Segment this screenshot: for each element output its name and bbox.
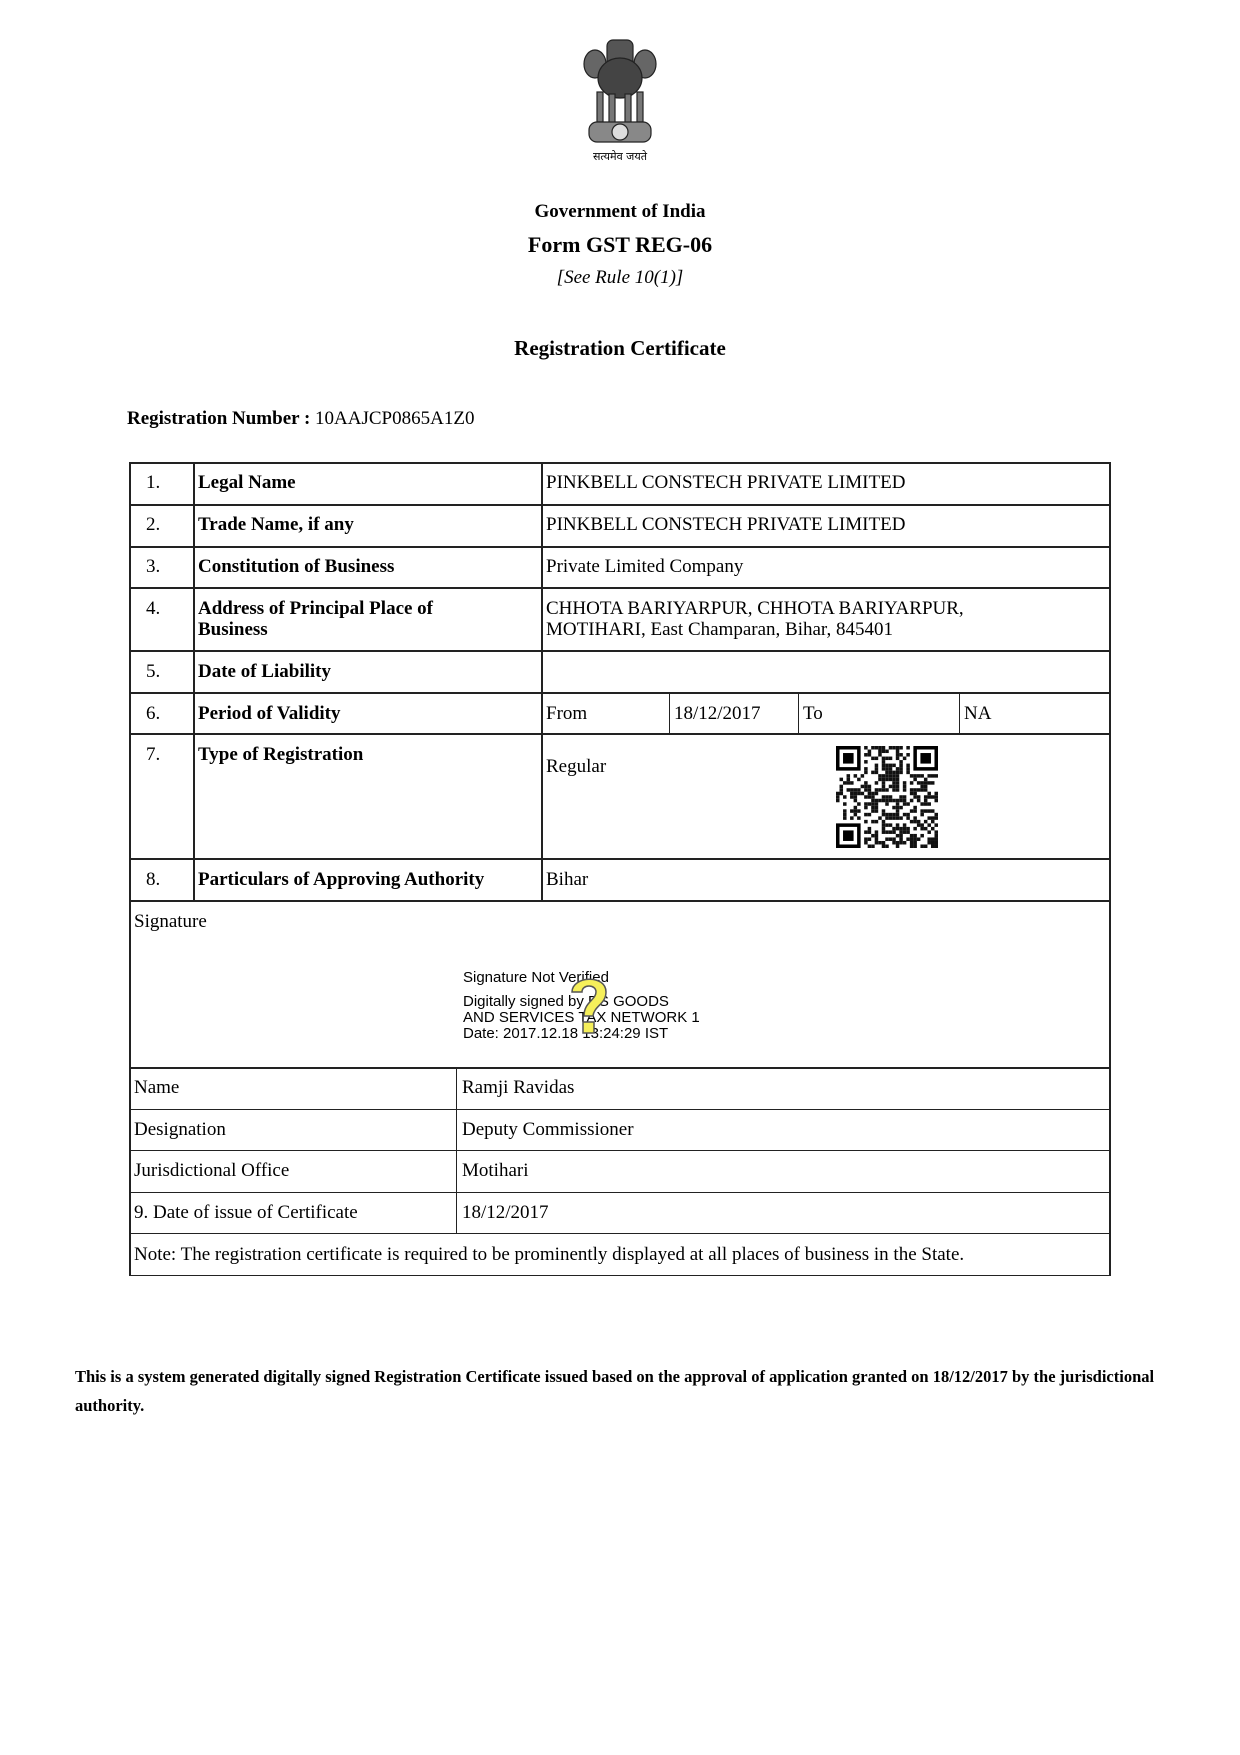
- period-of-validity-label: Period of Validity: [198, 703, 341, 724]
- question-mark-icon[interactable]: [566, 972, 612, 1042]
- national-motto: सत्यमेव जयते: [560, 149, 680, 164]
- row-number: 3.: [146, 556, 160, 577]
- type-of-registration-label: Type of Registration: [198, 744, 363, 765]
- legal-name-value: PINKBELL CONSTECH PRIVATE LIMITED: [546, 472, 905, 493]
- row-number: 8.: [146, 869, 160, 890]
- jurisdictional-office-value: Motihari: [462, 1160, 529, 1181]
- row-number: 5.: [146, 661, 160, 682]
- government-title: Government of India: [0, 201, 1240, 223]
- officer-name-value: Ramji Ravidas: [462, 1077, 574, 1098]
- table-border: [1109, 462, 1111, 1276]
- row-number: 6.: [146, 703, 160, 724]
- table-border: [129, 462, 1111, 464]
- constitution-value: Private Limited Company: [546, 556, 743, 577]
- registration-number-value: 10AAJCP0865A1Z0: [315, 408, 474, 429]
- address-value-line2: MOTIHARI, East Champaran, Bihar, 845401: [546, 619, 893, 640]
- row-divider: [129, 587, 1111, 589]
- row-number: 2.: [146, 514, 160, 535]
- qr-code-icon: [836, 746, 938, 848]
- column-divider: [669, 692, 670, 733]
- ashoka-emblem-icon: [583, 38, 657, 146]
- column-divider: [798, 692, 799, 733]
- legal-name-label: Legal Name: [198, 472, 296, 493]
- column-divider: [959, 692, 960, 733]
- officer-name-label: Name: [134, 1077, 179, 1098]
- certificate-title: Registration Certificate: [0, 336, 1240, 361]
- jurisdictional-office-label: Jurisdictional Office: [134, 1160, 289, 1181]
- validity-to-label: To: [803, 703, 823, 724]
- approving-authority-label: Particulars of Approving Authority: [198, 869, 484, 890]
- date-of-issue-label: 9. Date of issue of Certificate: [134, 1202, 358, 1223]
- display-note: Note: The registration certificate is re…: [134, 1244, 964, 1265]
- address-value-line1: CHHOTA BARIYARPUR, CHHOTA BARIYARPUR,: [546, 598, 964, 619]
- row-divider: [129, 1067, 1111, 1069]
- column-divider: [456, 1067, 457, 1233]
- footer-statement: This is a system generated digitally sig…: [75, 1362, 1175, 1420]
- column-divider: [193, 462, 195, 900]
- column-divider: [541, 462, 543, 900]
- type-of-registration-value: Regular: [546, 756, 606, 777]
- row-divider: [129, 504, 1111, 506]
- row-divider: [129, 733, 1111, 735]
- row-number: 4.: [146, 598, 160, 619]
- row-divider: [129, 692, 1111, 694]
- date-of-issue-value: 18/12/2017: [462, 1202, 549, 1223]
- registration-number-line: Registration Number : 10AAJCP0865A1Z0: [127, 408, 474, 430]
- table-border: [129, 462, 131, 1276]
- row-number: 7.: [146, 744, 160, 765]
- validity-from-value: 18/12/2017: [674, 703, 761, 724]
- row-number: 1.: [146, 472, 160, 493]
- row-divider: [129, 1150, 1111, 1151]
- table-border: [129, 1275, 1111, 1276]
- row-divider: [129, 650, 1111, 652]
- trade-name-value: PINKBELL CONSTECH PRIVATE LIMITED: [546, 514, 905, 535]
- approving-authority-value: Bihar: [546, 869, 588, 890]
- validity-to-value: NA: [964, 703, 991, 724]
- row-divider: [129, 546, 1111, 548]
- signature-label: Signature: [134, 911, 207, 932]
- form-title: Form GST REG-06: [0, 232, 1240, 258]
- address-label-line2: Business: [198, 619, 268, 640]
- row-divider: [129, 1233, 1111, 1234]
- registration-number-label: Registration Number :: [127, 408, 310, 429]
- address-label-line1: Address of Principal Place of: [198, 598, 433, 619]
- row-divider: [129, 1192, 1111, 1193]
- row-divider: [129, 900, 1111, 902]
- rule-reference: [See Rule 10(1)]: [0, 267, 1240, 289]
- trade-name-label: Trade Name, if any: [198, 514, 354, 535]
- date-of-liability-label: Date of Liability: [198, 661, 331, 682]
- designation-label: Designation: [134, 1119, 226, 1140]
- designation-value: Deputy Commissioner: [462, 1119, 634, 1140]
- row-divider: [129, 1109, 1111, 1110]
- validity-from-label: From: [546, 703, 587, 724]
- constitution-label: Constitution of Business: [198, 556, 394, 577]
- row-divider: [129, 858, 1111, 860]
